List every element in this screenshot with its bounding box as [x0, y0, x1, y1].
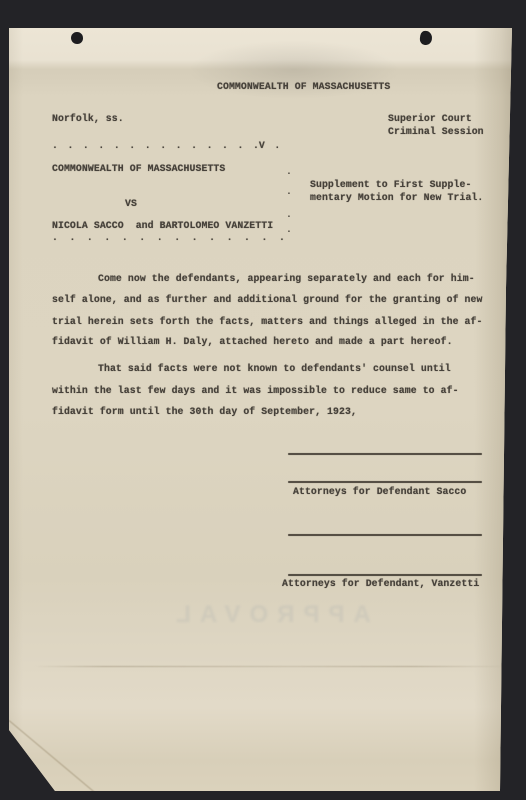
body-paragraph-1-line-1: Come now the defendants, appearing separ… [98, 273, 475, 285]
motion-title-line-1: Supplement to First Supple- [310, 179, 471, 191]
signature-line-3 [288, 534, 482, 536]
document-page: COMMONWEALTH OF MASSACHUSETTS Norfolk, s… [9, 28, 512, 791]
vanzetti-attorneys-label: Attorneys for Defendant, Vanzetti [282, 578, 479, 590]
document-title: COMMONWEALTH OF MASSACHUSETTS [217, 81, 390, 93]
caption-side-dot: . [286, 209, 292, 220]
punch-hole-right [419, 30, 433, 46]
body-paragraph-1-line-3: trial herein sets forth the facts, matte… [52, 316, 483, 328]
scan-background: COMMONWEALTH OF MASSACHUSETTS Norfolk, s… [0, 0, 526, 800]
motion-title-line-2: mentary Motion for New Trial. [310, 192, 483, 204]
bleed-through-ghost-text: APPROVAL [109, 601, 429, 629]
corner-fold-crease [9, 720, 95, 793]
signature-line-4 [288, 574, 482, 576]
body-paragraph-2-line-1: That said facts were not known to defend… [98, 363, 451, 375]
caption-side-dot: . [286, 224, 292, 235]
body-paragraph-1-line-2: self alone, and as further and additiona… [52, 294, 483, 306]
plaintiff-name: COMMONWEALTH OF MASSACHUSETTS [52, 163, 225, 175]
caption-side-dot: . [286, 186, 292, 197]
punch-hole-left [71, 32, 83, 44]
vs-label: VS [125, 198, 137, 210]
horizontal-crease [34, 666, 506, 667]
caption-side-dot: . [286, 166, 292, 177]
venue-label: Norfolk, ss. [52, 113, 124, 125]
body-paragraph-2-line-3: fidavit form until the 30th day of Septe… [52, 406, 357, 418]
body-paragraph-1-line-4: fidavit of William H. Daly, attached her… [52, 336, 453, 348]
court-session: Criminal Session [388, 126, 484, 138]
caption-dots-bottom: . . . . . . . . . . . . . . [52, 232, 285, 244]
defendants-names: NICOLA SACCO and BARTOLOMEO VANZETTI [52, 220, 273, 232]
signature-line-1 [288, 453, 482, 455]
sacco-attorneys-label: Attorneys for Defendant Sacco [293, 486, 466, 498]
signature-line-2 [288, 481, 482, 483]
caption-dots-top: . . . . . . . . . . . . . .V . [52, 140, 280, 152]
court-name: Superior Court [388, 113, 472, 125]
body-paragraph-2-line-2: within the last few days and it was impo… [52, 385, 459, 397]
